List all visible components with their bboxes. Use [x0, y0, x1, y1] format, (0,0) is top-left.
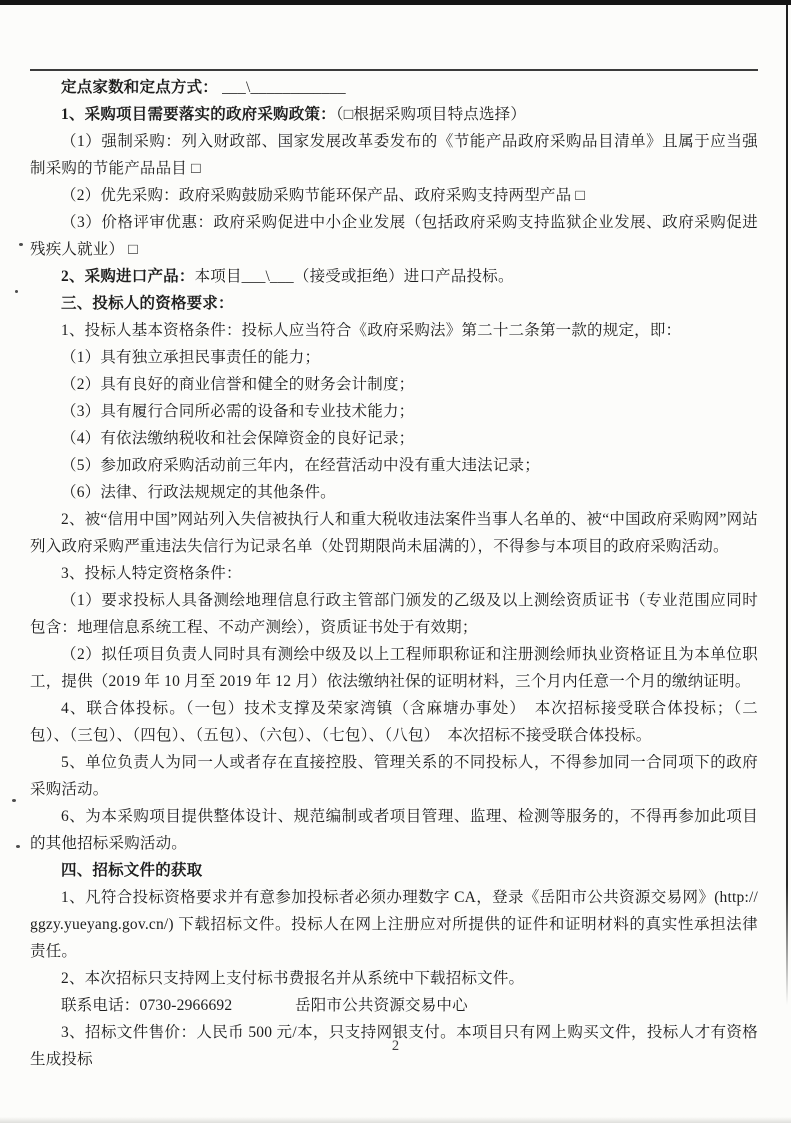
item-price-review: （3）价格评审优惠：政府采购促进中小企业发展（包括政府采购支持监狱企业发展、政府… — [30, 209, 758, 263]
same-person-clause: 5、单位负责人为同一人或者存在直接控股、管理关系的不同投标人，不得参加同一合同项… — [30, 749, 758, 803]
item-text: （6）法律、行政法规规定的其他条件。 — [61, 484, 336, 501]
item-mandatory-procurement: （1）强制采购：列入财政部、国家发展改革委发布的《节能产品政府采购品目清单》且属… — [30, 128, 758, 182]
contact-text: 联系电话：0730-2966692 岳阳市公共资源交易中心 — [61, 997, 468, 1014]
scan-right-edge-artifact — [786, 5, 788, 1005]
item-text: 4、联合体投标。（一包）技术支撑及荣家湾镇（含麻塘办事处） 本次招标接受联合体投… — [30, 700, 758, 744]
scan-bottom-shade-artifact — [0, 1117, 791, 1123]
fixed-point-blank: ___\____________ — [218, 79, 346, 96]
specific-qualification-heading: 3、投标人特定资格条件： — [30, 560, 758, 587]
item-text: （3）价格评审优惠：政府采购促进中小企业发展（包括政府采购支持监狱企业发展、政府… — [30, 214, 758, 258]
consortium-bidding-clause: 4、联合体投标。（一包）技术支撑及荣家湾镇（含麻塘办事处） 本次招标接受联合体投… — [30, 695, 758, 749]
policy-heading: 1、采购项目需要落实的政府采购政策： — [61, 106, 336, 123]
fixed-point-line: 定点家数和定点方式： ___\____________ — [30, 74, 758, 101]
section-heading-text: 四、招标文件的获取 — [61, 862, 202, 879]
import-products-label: 2、采购进口产品： — [61, 268, 195, 285]
service-provider-clause: 6、为本采购项目提供整体设计、规范编制或者项目管理、监理、检测等服务的，不得再参… — [30, 803, 758, 857]
document-body: 定点家数和定点方式： ___\____________ 1、采购项目需要落实的政… — [30, 69, 758, 1073]
basic-condition-1: （1）具有独立承担民事责任的能力； — [30, 344, 758, 371]
item-text: 1、投标人基本资格条件：投标人应当符合《政府采购法》第二十二条第一款的规定，即： — [61, 322, 681, 339]
scan-speck — [19, 243, 23, 246]
item-text: 1、凡符合投标资格要求并有意参加投标者必须办理数字 CA，登录《岳阳市公共资源交… — [30, 889, 758, 960]
section-heading-obtain-documents: 四、招标文件的获取 — [30, 857, 758, 884]
digital-ca-clause: 1、凡符合投标资格要求并有意参加投标者必须办理数字 CA，登录《岳阳市公共资源交… — [30, 884, 758, 965]
item-text: 2、被“信用中国”网站列入失信被执行人和重大税收违法案件当事人名单的、被“中国政… — [30, 511, 758, 555]
credit-china-clause: 2、被“信用中国”网站列入失信被执行人和重大税收违法案件当事人名单的、被“中国政… — [30, 506, 758, 560]
header-rule — [30, 69, 758, 71]
item-text: （1）要求投标人具备测绘地理信息行政主管部门颁发的乙级及以上测绘资质证书（专业范… — [30, 592, 758, 636]
section-heading-qualification: 三、投标人的资格要求： — [30, 290, 758, 317]
specific-condition-1: （1）要求投标人具备测绘地理信息行政主管部门颁发的乙级及以上测绘资质证书（专业范… — [30, 587, 758, 641]
item-text: （2）拟任项目负责人同时具有测绘中级及以上工程师职称证和注册测绘师执业资格证且为… — [30, 646, 758, 690]
item-text: 2、本次招标只支持网上支付标书费报名并从系统中下载招标文件。 — [61, 970, 524, 987]
item-text: （2）具有良好的商业信誉和健全的财务会计制度； — [61, 376, 414, 393]
item-text: （3）具有履行合同所必需的设备和专业技术能力； — [61, 403, 414, 420]
item-text: （4）有依法缴纳税收和社会保障资金的良好记录； — [61, 430, 414, 447]
fixed-point-label: 定点家数和定点方式： — [61, 79, 218, 96]
item-text: 6、为本采购项目提供整体设计、规范编制或者项目管理、监理、检测等服务的，不得再参… — [30, 808, 758, 852]
basic-condition-2: （2）具有良好的商业信誉和健全的财务会计制度； — [30, 371, 758, 398]
scan-speck — [15, 290, 18, 293]
contact-line: 联系电话：0730-2966692 岳阳市公共资源交易中心 — [30, 992, 758, 1019]
basic-condition-4: （4）有依法缴纳税收和社会保障资金的良好记录； — [30, 425, 758, 452]
page-number: 2 — [0, 1038, 791, 1055]
item-text: （1）具有独立承担民事责任的能力； — [61, 349, 320, 366]
policy-heading-line: 1、采购项目需要落实的政府采购政策：（□根据采购项目特点选择） — [30, 101, 758, 128]
basic-condition-6: （6）法律、行政法规规定的其他条件。 — [30, 479, 758, 506]
scan-top-edge-artifact — [0, 0, 791, 5]
import-products-text: 本项目___\___（接受或拒绝）进口产品投标。 — [195, 268, 514, 285]
basic-condition-5: （5）参加政府采购活动前三年内，在经营活动中没有重大违法记录； — [30, 452, 758, 479]
item-text: 3、投标人特定资格条件： — [61, 565, 242, 582]
item-text: （1）强制采购：列入财政部、国家发展改革委发布的《节能产品政府采购品目清单》且属… — [30, 133, 758, 177]
scan-speck — [12, 799, 16, 802]
item-text: （2）优先采购：政府采购鼓励采购节能环保产品、政府采购支持两型产品 □ — [61, 187, 585, 204]
import-products-line: 2、采购进口产品：本项目___\___（接受或拒绝）进口产品投标。 — [30, 263, 758, 290]
basic-condition-3: （3）具有履行合同所必需的设备和专业技术能力； — [30, 398, 758, 425]
basic-qualification-intro: 1、投标人基本资格条件：投标人应当符合《政府采购法》第二十二条第一款的规定，即： — [30, 317, 758, 344]
item-text: 5、单位负责人为同一人或者存在直接控股、管理关系的不同投标人，不得参加同一合同项… — [30, 754, 758, 798]
item-text: （5）参加政府采购活动前三年内，在经营活动中没有重大违法记录； — [61, 457, 540, 474]
section-heading-text: 三、投标人的资格要求： — [61, 295, 234, 312]
policy-heading-note: （□根据采购项目特点选择） — [336, 106, 526, 123]
item-priority-procurement: （2）优先采购：政府采购鼓励采购节能环保产品、政府采购支持两型产品 □ — [30, 182, 758, 209]
online-payment-clause: 2、本次招标只支持网上支付标书费报名并从系统中下载招标文件。 — [30, 965, 758, 992]
specific-condition-2: （2）拟任项目负责人同时具有测绘中级及以上工程师职称证和注册测绘师执业资格证且为… — [30, 641, 758, 695]
scanned-document-page: 定点家数和定点方式： ___\____________ 1、采购项目需要落实的政… — [0, 0, 791, 1123]
scan-speck — [16, 845, 20, 848]
